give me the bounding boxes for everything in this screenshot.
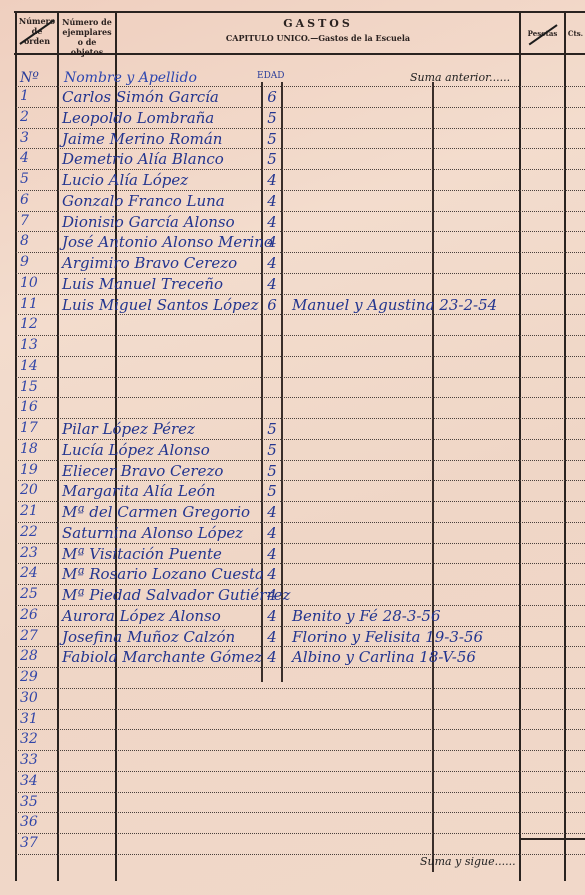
row-number: 13	[16, 337, 60, 353]
row-rule	[16, 335, 585, 336]
row-rule	[16, 211, 585, 212]
header-subtitle: CAPITULO UNICO.—Gastos de la Escuela	[118, 33, 518, 43]
row-number: 11	[16, 296, 60, 312]
row-number: 37	[16, 835, 60, 851]
carried-over-label: Suma y sigue......	[420, 855, 516, 868]
row-number: 35	[16, 794, 60, 810]
student-age: 4	[263, 545, 281, 563]
student-name: José Antonio Alonso Merino	[62, 233, 273, 251]
student-name: Eliecer Bravo Cerezo	[62, 462, 223, 480]
student-name: Josefina Muñoz Calzón	[62, 628, 235, 646]
row-rule	[16, 397, 585, 398]
age-column-label: EDAD	[257, 71, 285, 81]
student-age: 5	[263, 420, 281, 438]
student-name: Mª del Carmen Gregorio	[62, 503, 250, 521]
parents-and-birthdate: Florino y Felisita 19-3-56	[292, 628, 483, 646]
row-number: 19	[16, 462, 60, 478]
row-number: 25	[16, 586, 60, 602]
row-rule	[16, 833, 585, 834]
student-name: Jaime Merino Román	[62, 130, 222, 148]
total-line	[519, 838, 585, 840]
row-number: 29	[16, 669, 60, 685]
student-name: Argimiro Bravo Cerezo	[62, 254, 237, 272]
student-name: Demetrio Alía Blanco	[62, 150, 224, 168]
student-name: Carlos Simón García	[62, 88, 219, 106]
number-label: Nº	[20, 70, 39, 86]
row-rule	[16, 584, 585, 585]
row-number: 23	[16, 545, 60, 561]
student-age: 4	[263, 565, 281, 583]
row-rule	[16, 667, 585, 668]
student-name: Dionisio García Alonso	[62, 213, 235, 231]
student-name: Luis Manuel Treceño	[62, 275, 223, 293]
row-rule	[16, 750, 585, 751]
row-rule	[16, 646, 585, 647]
row-rule	[16, 314, 585, 315]
student-age: 4	[263, 275, 281, 293]
student-name: Luis Miguel Santos López	[62, 296, 259, 314]
row-number: 9	[16, 254, 60, 270]
row-rule	[16, 854, 585, 855]
row-rule	[16, 148, 585, 149]
student-name: Pilar López Pérez	[62, 420, 195, 438]
student-age: 4	[263, 233, 281, 251]
parents-and-birthdate: Manuel y Agustina 23-2-54	[292, 296, 497, 314]
row-rule	[16, 460, 585, 461]
row-rule	[16, 709, 585, 710]
student-age: 4	[263, 254, 281, 272]
row-rule	[16, 86, 585, 87]
row-rule	[16, 771, 585, 772]
student-age: 5	[263, 441, 281, 459]
row-number: 14	[16, 358, 60, 374]
row-rule	[16, 812, 585, 813]
row-number: 5	[16, 171, 60, 187]
row-rule	[16, 231, 585, 232]
row-rule	[16, 294, 585, 295]
row-number: 6	[16, 192, 60, 208]
row-rule	[16, 418, 585, 419]
header-col-cts: Cts.	[566, 29, 585, 38]
row-rule	[16, 107, 585, 108]
row-number: 4	[16, 150, 60, 166]
row-rule	[16, 480, 585, 481]
row-number: 15	[16, 379, 60, 395]
header-title: GASTOS	[118, 17, 518, 30]
row-rule	[16, 522, 585, 523]
row-number: 10	[16, 275, 60, 291]
row-number: 32	[16, 731, 60, 747]
student-age: 5	[263, 109, 281, 127]
row-number: 16	[16, 399, 60, 415]
row-rule	[16, 729, 585, 730]
row-rule	[16, 169, 585, 170]
student-age: 4	[263, 524, 281, 542]
row-number: 8	[16, 233, 60, 249]
row-number: 26	[16, 607, 60, 623]
header-col-pesetas: Pesetas	[521, 29, 564, 38]
student-age: 4	[263, 628, 281, 646]
student-name: Mª Rosario Lozano Cuesta	[62, 565, 264, 583]
row-number: 22	[16, 524, 60, 540]
row-number: 17	[16, 420, 60, 436]
student-age: 5	[263, 482, 281, 500]
row-rule	[16, 501, 585, 502]
row-number: 12	[16, 316, 60, 332]
header-col-order: Número de orden	[18, 16, 56, 46]
row-number: 24	[16, 565, 60, 581]
row-rule	[16, 190, 585, 191]
row-number: 28	[16, 648, 60, 664]
student-name: Fabiola Marchante Gómez	[62, 648, 262, 666]
row-number: 33	[16, 752, 60, 768]
student-age: 4	[263, 586, 281, 604]
student-name: Margarita Alía León	[62, 482, 215, 500]
row-number: 31	[16, 711, 60, 727]
carried-forward-label: Suma anterior......	[410, 71, 510, 84]
student-age: 5	[263, 150, 281, 168]
student-name: Mª Piedad Salvador Gutiérrez	[62, 586, 290, 604]
student-age: 5	[263, 130, 281, 148]
student-age: 4	[263, 648, 281, 666]
parents-and-birthdate: Benito y Fé 28-3-56	[292, 607, 441, 625]
row-rule	[16, 377, 585, 378]
row-rule	[16, 792, 585, 793]
hand-col-date	[432, 82, 434, 872]
row-rule	[16, 439, 585, 440]
student-age: 4	[263, 607, 281, 625]
row-number: 1	[16, 88, 60, 104]
row-number: 27	[16, 628, 60, 644]
row-number: 2	[16, 109, 60, 125]
student-name: Gonzalo Franco Luna	[62, 192, 225, 210]
student-age: 4	[263, 171, 281, 189]
row-rule	[16, 626, 585, 627]
student-age: 4	[263, 192, 281, 210]
row-rule	[16, 543, 585, 544]
frame-top	[14, 11, 585, 13]
row-number: 7	[16, 213, 60, 229]
student-name: Saturnina Alonso López	[62, 524, 243, 542]
row-rule	[16, 128, 585, 129]
row-number: 36	[16, 814, 60, 830]
row-number: 20	[16, 482, 60, 498]
name-column-label: Nombre y Apellido	[64, 70, 197, 86]
row-rule	[16, 273, 585, 274]
student-name: Mª Visitación Puente	[62, 545, 222, 563]
student-age: 6	[263, 88, 281, 106]
parents-and-birthdate: Albino y Carlina 18-V-56	[292, 648, 476, 666]
student-name: Lucía López Alonso	[62, 441, 210, 459]
student-age: 5	[263, 462, 281, 480]
header-col-copies: Número de ejemplares o de objetos	[60, 17, 114, 57]
student-name: Leopoldo Lombraña	[62, 109, 214, 127]
row-rule	[16, 356, 585, 357]
student-age: 6	[263, 296, 281, 314]
student-name: Lucio Alía López	[62, 171, 188, 189]
student-name: Aurora López Alonso	[62, 607, 221, 625]
row-rule	[16, 563, 585, 564]
student-age: 4	[263, 503, 281, 521]
row-number: 30	[16, 690, 60, 706]
row-rule	[16, 688, 585, 689]
row-rule	[16, 605, 585, 606]
student-age: 4	[263, 213, 281, 231]
row-number: 34	[16, 773, 60, 789]
row-rule	[16, 252, 585, 253]
row-number: 3	[16, 130, 60, 146]
row-number: 21	[16, 503, 60, 519]
row-number: 18	[16, 441, 60, 457]
